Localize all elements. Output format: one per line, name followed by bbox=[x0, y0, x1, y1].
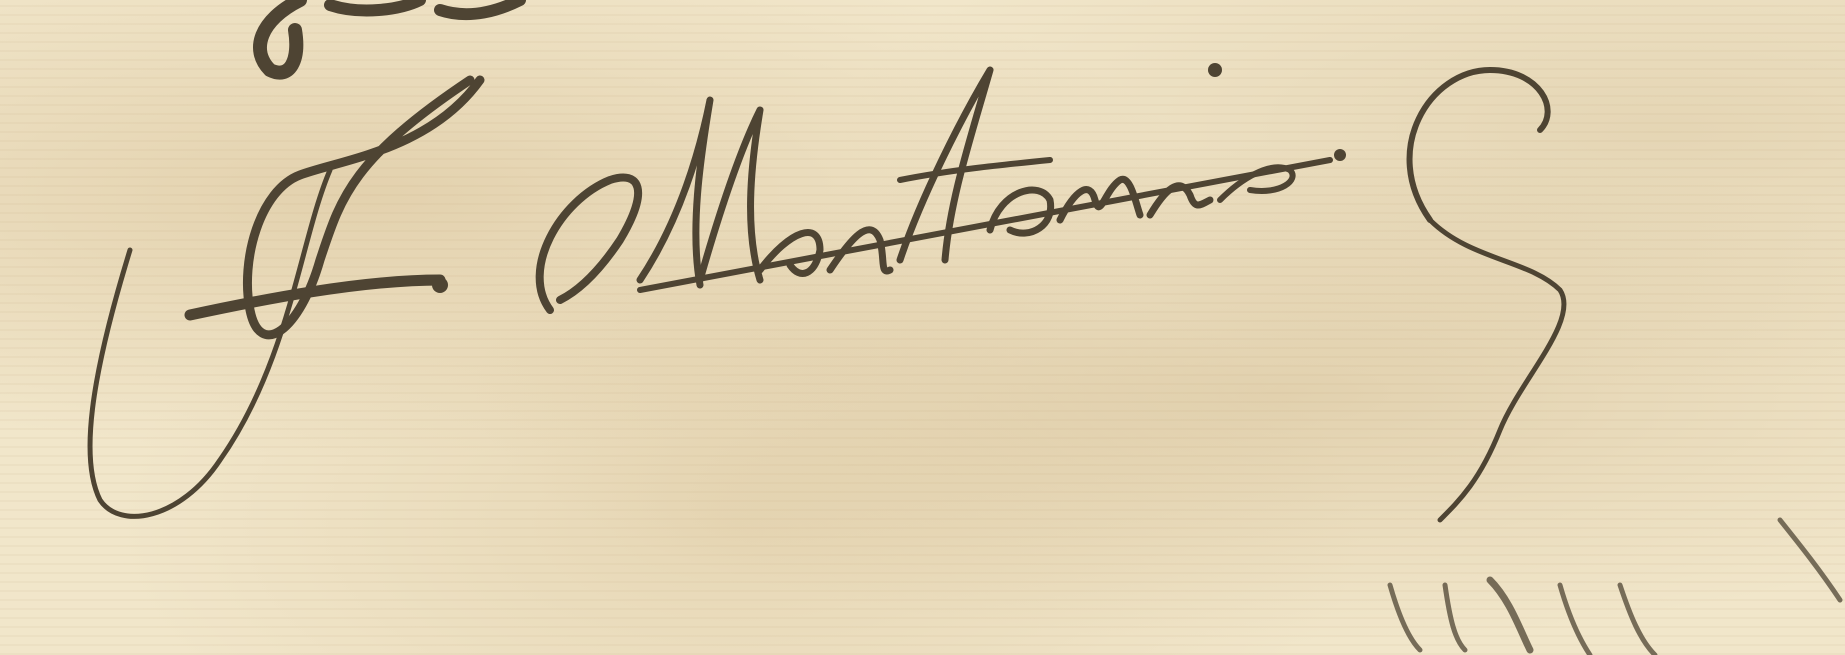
signature-strokes bbox=[0, 0, 1845, 655]
aged-paper-background: J. Mantomis 0021 bbox=[0, 0, 1845, 655]
